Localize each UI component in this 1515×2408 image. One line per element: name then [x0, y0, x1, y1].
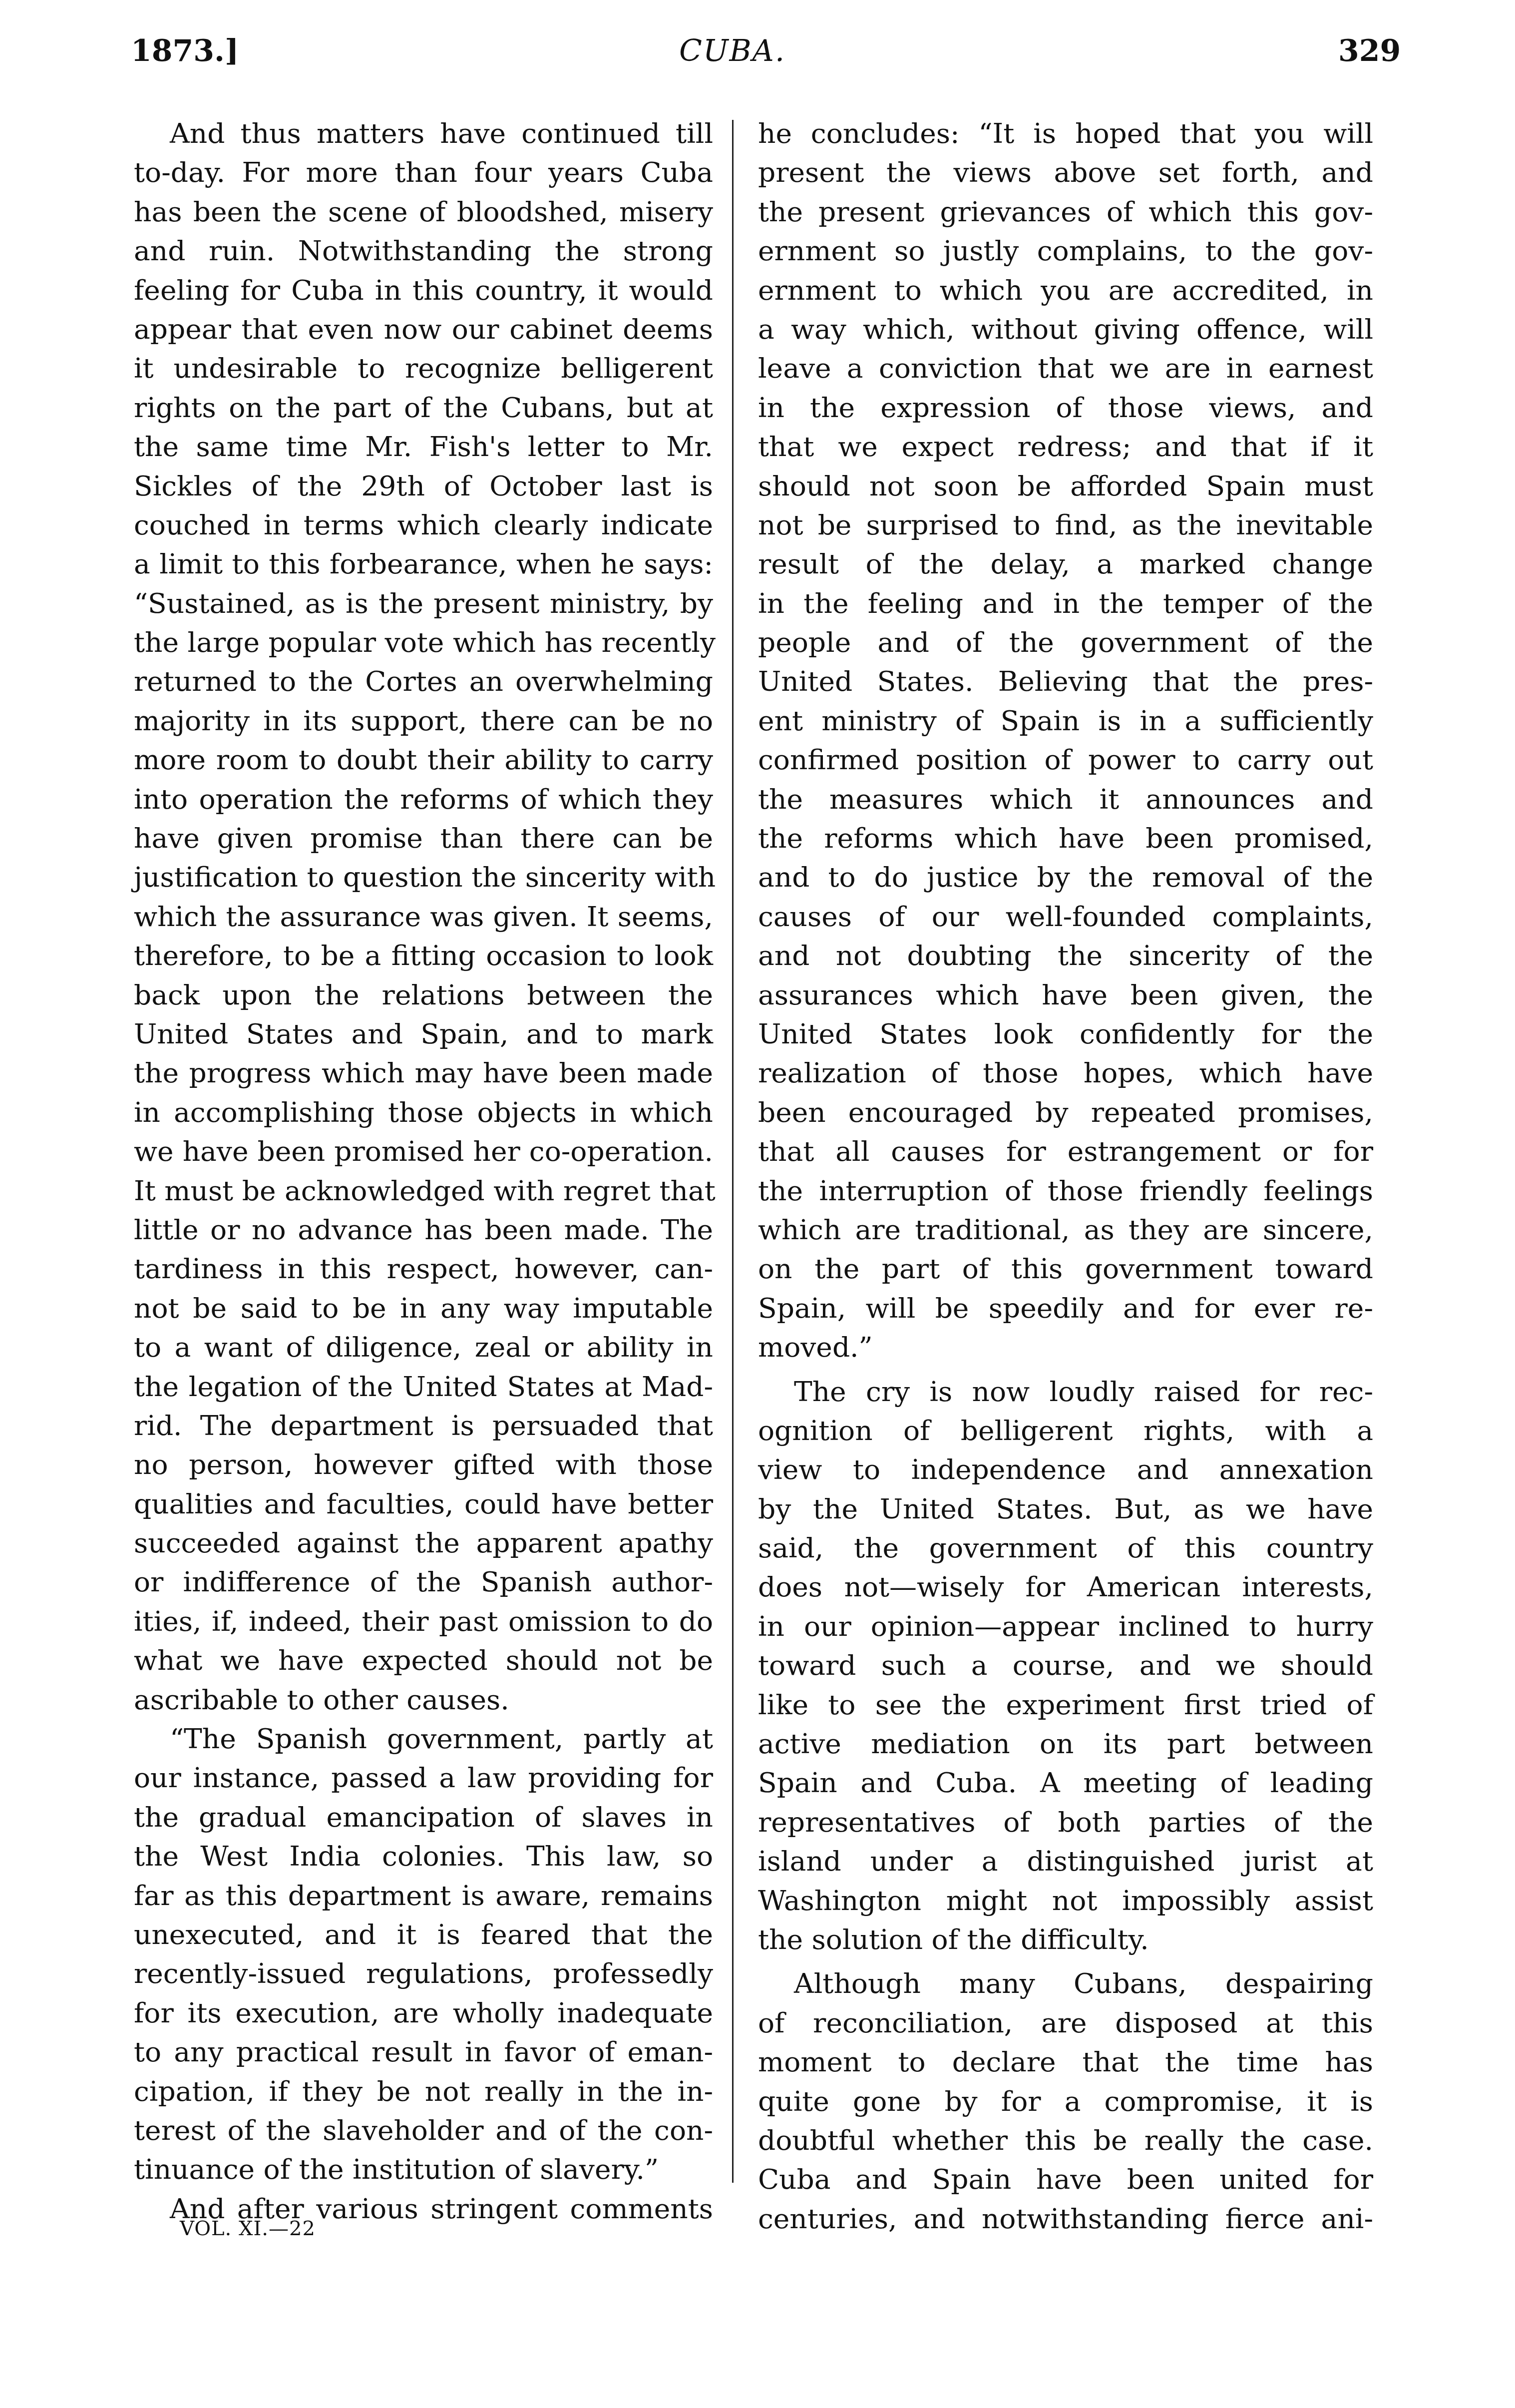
- text-line: by the United States. But, as we have: [758, 1489, 1373, 1528]
- text-line: more room to doubt their ability to carr…: [134, 740, 713, 779]
- text-line: Spain and Cuba. A meeting of leading: [758, 1763, 1373, 1802]
- text-line: ities, if, indeed, their past omission t…: [134, 1602, 713, 1641]
- text-line: confirmed position of power to carry out: [758, 740, 1373, 779]
- text-line: causes of our well-founded complaints,: [758, 897, 1373, 936]
- text-line: and ruin. Notwithstanding the strong: [134, 231, 713, 270]
- text-line: majority in its support, there can be no: [134, 701, 713, 740]
- text-line: realization of those hopes, which have: [758, 1053, 1373, 1092]
- page-number: 329: [1338, 31, 1401, 71]
- text-line: back upon the relations between the: [134, 975, 713, 1014]
- text-line: Washington might not impossibly assist: [758, 1881, 1373, 1920]
- text-line: United States and Spain, and to mark: [134, 1014, 713, 1053]
- text-line: of reconciliation, are disposed at this: [758, 2003, 1373, 2042]
- text-line: present the views above set forth, and: [758, 153, 1373, 192]
- text-line: leave a conviction that we are in earnes…: [758, 349, 1373, 388]
- text-line: far as this department is aware, remains: [134, 1876, 713, 1915]
- text-line: not be surprised to find, as the inevita…: [758, 505, 1373, 544]
- text-line: tardiness in this respect, however, can-: [134, 1249, 713, 1288]
- text-line: a way which, without giving offence, wil…: [758, 310, 1373, 349]
- text-line: “Sustained, as is the present ministry, …: [134, 584, 713, 623]
- text-line: the progress which may have been made: [134, 1053, 713, 1092]
- text-line: that we expect redress; and that if it: [758, 427, 1373, 466]
- text-line: to-day. For more than four years Cuba: [134, 153, 713, 192]
- text-line: “The Spanish government, partly at: [134, 1719, 713, 1758]
- text-line: to a want of diligence, zeal or ability …: [134, 1328, 713, 1367]
- running-head-year: 1873.]: [131, 31, 239, 71]
- text-line: he concludes: “It is hoped that you will: [758, 114, 1373, 153]
- text-line: ognition of belligerent rights, with a: [758, 1411, 1373, 1450]
- text-line: been encouraged by repeated promises,: [758, 1093, 1373, 1132]
- text-line: on the part of this government toward: [758, 1249, 1373, 1288]
- text-line: appear that even now our cabinet deems: [134, 310, 713, 349]
- text-line: has been the scene of bloodshed, misery: [134, 192, 713, 231]
- text-line: Spain, will be speedily and for ever re-: [758, 1289, 1373, 1328]
- text-line: unexecuted, and it is feared that the: [134, 1915, 713, 1954]
- signature-mark: VOL. XI.—22: [180, 2214, 316, 2244]
- text-line: or indifference of the Spanish author-: [134, 1562, 713, 1601]
- text-line: justification to question the sincerity …: [134, 858, 713, 897]
- text-line: the present grievances of which this gov…: [758, 192, 1373, 231]
- text-line: our instance, passed a law providing for: [134, 1758, 713, 1797]
- right-column: he concludes: “It is hoped that you will…: [758, 114, 1373, 2238]
- text-line: people and of the government of the: [758, 623, 1373, 662]
- text-line: it undesirable to recognize belligerent: [134, 349, 713, 388]
- text-line: doubtful whether this be really the case…: [758, 2121, 1373, 2160]
- text-line: ent ministry of Spain is in a sufficient…: [758, 701, 1373, 740]
- column-divider: [732, 120, 734, 2183]
- text-line: toward such a course, and we should: [758, 1646, 1373, 1685]
- text-line: which are traditional, as they are since…: [758, 1210, 1373, 1249]
- text-line: therefore, to be a fitting occasion to l…: [134, 936, 713, 975]
- text-line: ascribable to other causes.: [134, 1680, 713, 1719]
- text-line: Sickles of the 29th of October last is: [134, 467, 713, 505]
- text-line: moment to declare that the time has: [758, 2042, 1373, 2081]
- text-line: in accomplishing those objects in which: [134, 1093, 713, 1132]
- text-line: Although many Cubans, despairing: [758, 1964, 1373, 2003]
- text-line: ernment so justly complains, to the gov-: [758, 231, 1373, 270]
- running-head-title: CUBA.: [679, 31, 785, 71]
- text-line: and not doubting the sincerity of the: [758, 936, 1373, 975]
- text-line: tinuance of the institution of slavery.”: [134, 2150, 713, 2189]
- text-line: into operation the reforms of which they: [134, 780, 713, 819]
- text-line: a limit to this forbearance, when he say…: [134, 544, 713, 583]
- text-line: the legation of the United States at Mad…: [134, 1367, 713, 1406]
- text-line: result of the delay, a marked change: [758, 544, 1373, 583]
- text-line: active mediation on its part between: [758, 1724, 1373, 1763]
- text-line: have given promise than there can be: [134, 819, 713, 858]
- text-line: rid. The department is persuaded that: [134, 1406, 713, 1445]
- text-line: It must be acknowledged with regret that: [134, 1171, 713, 1210]
- text-line: recently-issued regulations, professedly: [134, 1954, 713, 1993]
- text-line: feeling for Cuba in this country, it wou…: [134, 271, 713, 310]
- text-line: and to do justice by the removal of the: [758, 858, 1373, 897]
- text-line: United States. Believing that the pres-: [758, 662, 1373, 701]
- text-line: the interruption of those friendly feeli…: [758, 1171, 1373, 1210]
- text-line: centuries, and notwithstanding fierce an…: [758, 2199, 1373, 2238]
- text-line: view to independence and annexation: [758, 1450, 1373, 1489]
- text-line: in our opinion—appear inclined to hurry: [758, 1607, 1373, 1646]
- text-line: quite gone by for a compromise, it is: [758, 2082, 1373, 2121]
- text-line: should not soon be afforded Spain must: [758, 467, 1373, 505]
- text-line: United States look confidently for the: [758, 1014, 1373, 1053]
- text-line: in the feeling and in the temper of the: [758, 584, 1373, 623]
- text-line: couched in terms which clearly indicate: [134, 505, 713, 544]
- left-column: And thus matters have continued tillto-d…: [134, 114, 713, 2228]
- text-line: which the assurance was given. It seems,: [134, 897, 713, 936]
- text-line: the gradual emancipation of slaves in: [134, 1798, 713, 1837]
- text-line: ernment to which you are accredited, in: [758, 271, 1373, 310]
- text-line: the same time Mr. Fish's letter to Mr.: [134, 427, 713, 466]
- text-line: the reforms which have been promised,: [758, 819, 1373, 858]
- text-line: what we have expected should not be: [134, 1641, 713, 1680]
- text-line: And thus matters have continued till: [134, 114, 713, 153]
- text-line: the solution of the difficulty.: [758, 1920, 1373, 1959]
- text-line: little or no advance has been made. The: [134, 1210, 713, 1249]
- text-line: that all causes for estrangement or for: [758, 1132, 1373, 1171]
- text-line: island under a distinguished jurist at: [758, 1842, 1373, 1881]
- text-line: returned to the Cortes an overwhelming: [134, 662, 713, 701]
- text-line: cipation, if they be not really in the i…: [134, 2072, 713, 2111]
- text-line: Cuba and Spain have been united for: [758, 2160, 1373, 2199]
- text-line: representatives of both parties of the: [758, 1803, 1373, 1842]
- text-line: in the expression of those views, and: [758, 388, 1373, 427]
- text-line: moved.”: [758, 1328, 1373, 1367]
- text-line: does not—wisely for American interests,: [758, 1567, 1373, 1606]
- text-line: qualities and faculties, could have bett…: [134, 1484, 713, 1523]
- text-line: terest of the slaveholder and of the con…: [134, 2111, 713, 2150]
- text-line: rights on the part of the Cubans, but at: [134, 388, 713, 427]
- text-line: for its execution, are wholly inadequate: [134, 1993, 713, 2032]
- text-line: the West India colonies. This law, so: [134, 1837, 713, 1876]
- text-line: no person, however gifted with those: [134, 1445, 713, 1484]
- text-line: not be said to be in any way imputable: [134, 1289, 713, 1328]
- text-line: said, the government of this country: [758, 1528, 1373, 1567]
- text-line: the large popular vote which has recentl…: [134, 623, 713, 662]
- text-line: the measures which it announces and: [758, 780, 1373, 819]
- text-line: like to see the experiment first tried o…: [758, 1685, 1373, 1724]
- text-line: assurances which have been given, the: [758, 975, 1373, 1014]
- journal-page: 1873.] CUBA. 329 And thus matters have c…: [0, 0, 1515, 2408]
- text-line: The cry is now loudly raised for rec-: [758, 1372, 1373, 1411]
- text-line: we have been promised her co-operation.: [134, 1132, 713, 1171]
- text-line: to any practical result in favor of eman…: [134, 2032, 713, 2071]
- text-line: succeeded against the apparent apathy: [134, 1523, 713, 1562]
